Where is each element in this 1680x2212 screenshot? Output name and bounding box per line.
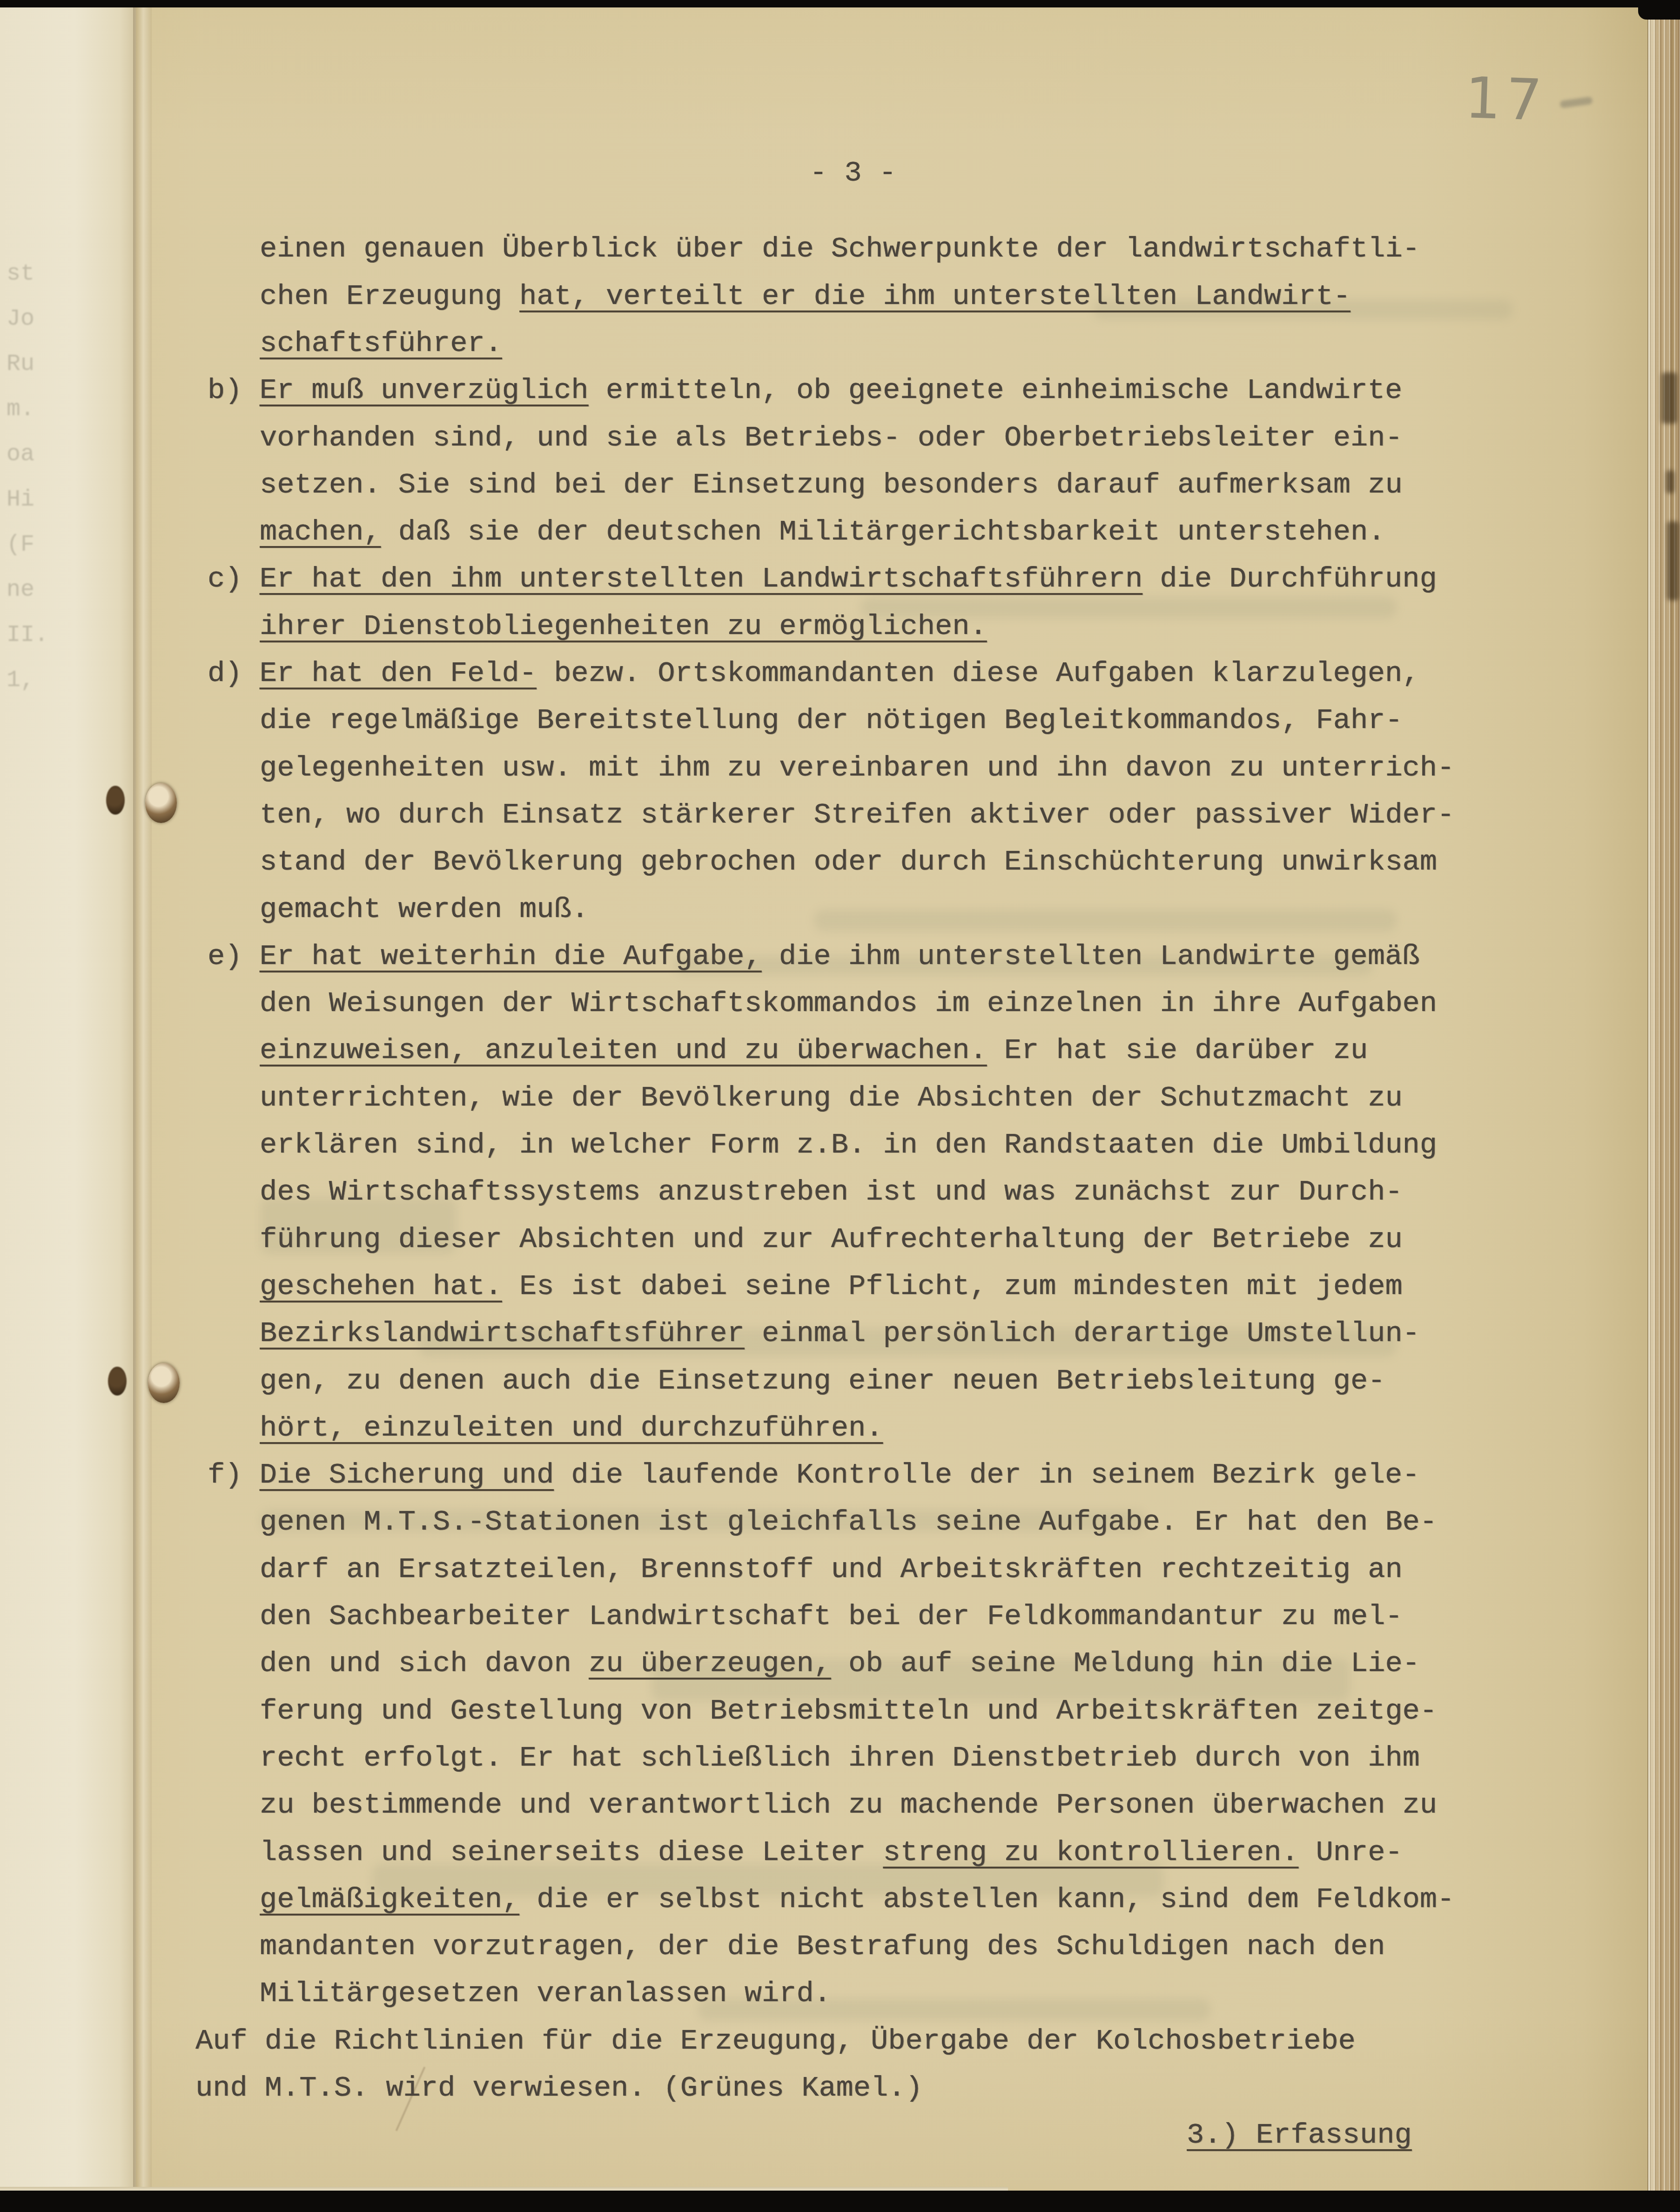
bleedthrough-mark: oa: [7, 441, 34, 468]
typewritten-line: setzen. Sie sind bei der Einsetzung beso…: [260, 469, 1403, 501]
typewritten-line: gelegenheiten usw. mit ihm zu vereinbare…: [260, 752, 1454, 784]
bleedthrough-mark: II.: [7, 622, 48, 648]
typewritten-text: f): [208, 1458, 260, 1491]
punch-hole: [148, 1363, 180, 1403]
typewritten-text: setzen. Sie sind bei der Einsetzung beso…: [260, 468, 1403, 501]
typewritten-line: recht erfolgt. Er hat schließlich ihren …: [260, 1742, 1420, 1774]
typewritten-text: ferung und Gestellung von Betriebsmittel…: [260, 1694, 1437, 1727]
edge-ink-mark: [1661, 372, 1677, 424]
typewritten-line: die regelmäßige Bereitstellung der nötig…: [260, 704, 1403, 737]
bleedthrough-mark: Hi: [7, 486, 34, 513]
typewritten-text: schaftsführer.: [260, 327, 502, 360]
typewritten-line: chen Erzeugung hat, verteilt er die ihm …: [260, 280, 1351, 313]
typewritten-text: ob auf seine Meldung hin die Lie-: [831, 1647, 1420, 1680]
typewritten-text: 3.) Erfassung: [1187, 2118, 1412, 2151]
typewritten-text: e): [208, 940, 260, 973]
typewritten-text: geschehen hat.: [260, 1270, 502, 1303]
bleedthrough-smudge: [814, 910, 1396, 931]
typewritten-text: c): [208, 562, 260, 595]
typewritten-text: d): [208, 657, 260, 690]
typewritten-line: den und sich davon zu überzeugen, ob auf…: [260, 1647, 1420, 1680]
typewritten-line: gemacht werden muß.: [260, 893, 589, 926]
typewritten-line: geschehen hat. Es ist dabei seine Pflich…: [260, 1270, 1403, 1303]
typewritten-text: b): [208, 374, 260, 407]
typewritten-line: führung dieser Absichten und zur Aufrech…: [260, 1223, 1403, 1256]
typewritten-text: ihrer Dienstobliegenheiten zu ermögliche…: [260, 610, 987, 643]
typewritten-text: einmal persönlich derartige Umstellun-: [745, 1317, 1420, 1350]
typewritten-text: daß sie der deutschen Militärgerichtsbar…: [381, 515, 1385, 548]
bleedthrough-mark: m.: [7, 396, 34, 423]
typewritten-text: die er selbst nicht abstellen kann, sind…: [519, 1883, 1454, 1916]
typewritten-text: bezw. Ortskommandanten diese Aufgaben kl…: [537, 657, 1420, 690]
punch-hole: [108, 1367, 127, 1396]
typewritten-line: des Wirtschaftssystems anzustreben ist u…: [260, 1176, 1403, 1208]
typewritten-text: und M.T.S. wird verwiesen. (Grünes Kamel…: [195, 2071, 923, 2104]
typewritten-text: den Weisungen der Wirtschaftskommandos i…: [260, 987, 1437, 1020]
typewritten-line: den Weisungen der Wirtschaftskommandos i…: [260, 987, 1437, 1020]
typewritten-text: gelmäßigkeiten,: [260, 1883, 519, 1916]
typewritten-text: vorhanden sind, und sie als Betriebs- od…: [260, 421, 1403, 454]
typewritten-line: Militärgesetzen veranlassen wird.: [260, 1977, 831, 2010]
typewritten-text: führung dieser Absichten und zur Aufrech…: [260, 1223, 1403, 1256]
typewritten-text: chen Erzeugung: [260, 280, 519, 313]
stacked-page-edges: [1648, 0, 1680, 2192]
typewritten-line: gen, zu denen auch die Einsetzung einer …: [260, 1365, 1385, 1397]
typewritten-text: mandanten vorzutragen, der die Bestrafun…: [260, 1930, 1385, 1963]
typewritten-text: die regelmäßige Bereitstellung der nötig…: [260, 704, 1403, 737]
bleedthrough-mark: (F: [7, 532, 34, 558]
typewritten-text: gemacht werden muß.: [260, 893, 589, 926]
scanned-page: - 3 - 17 einen genauen Überblick über di…: [0, 0, 1680, 2212]
typewritten-text: die Durchführung: [1142, 562, 1437, 595]
typewritten-text: den Sachbearbeiter Landwirtschaft bei de…: [260, 1600, 1403, 1633]
typewritten-line: vorhanden sind, und sie als Betriebs- od…: [260, 422, 1403, 454]
binding-crease: [133, 7, 152, 2192]
typewritten-text: gelegenheiten usw. mit ihm zu vereinbare…: [260, 751, 1454, 784]
scan-edge-top: [0, 0, 1680, 7]
typewritten-line: mandanten vorzutragen, der die Bestrafun…: [260, 1930, 1385, 1963]
typewritten-line: d) Er hat den Feld- bezw. Ortskommandant…: [208, 657, 1419, 690]
typewritten-text: stand der Bevölkerung gebrochen oder dur…: [260, 845, 1437, 878]
punch-hole: [145, 783, 177, 823]
typewritten-line: und M.T.S. wird verwiesen. (Grünes Kamel…: [195, 2072, 923, 2104]
bleedthrough-mark: Jo: [7, 306, 34, 332]
typewritten-text: zu bestimmende und verantwortlich zu mac…: [260, 1788, 1437, 1821]
typewritten-line: e) Er hat weiterhin die Aufgabe, die ihm…: [208, 940, 1419, 973]
bleedthrough-mark: Ru: [7, 351, 34, 378]
typewritten-text: gen, zu denen auch die Einsetzung einer …: [260, 1364, 1385, 1397]
typewritten-line: genen M.T.S.-Stationen ist gleichfalls s…: [260, 1506, 1437, 1538]
typewritten-line: den Sachbearbeiter Landwirtschaft bei de…: [260, 1600, 1403, 1633]
typewritten-line: einzuweisen, anzuleiten und zu überwache…: [260, 1034, 1368, 1067]
bleedthrough-mark: 1,: [7, 667, 34, 694]
typewritten-text: Er hat den Feld-: [260, 657, 537, 690]
typewritten-text: lassen und seinerseits diese Leiter: [260, 1836, 883, 1869]
typewritten-line: gelmäßigkeiten, die er selbst nicht abst…: [260, 1883, 1454, 1916]
typewritten-line: zu bestimmende und verantwortlich zu mac…: [260, 1789, 1437, 1821]
page-number-pencil: 17: [1464, 65, 1548, 134]
punch-hole: [106, 786, 125, 815]
typewritten-text: streng zu kontrollieren.: [883, 1836, 1298, 1869]
adjacent-page-sliver: [0, 7, 136, 2192]
typewritten-text: des Wirtschaftssystems anzustreben ist u…: [260, 1175, 1403, 1208]
typewritten-line: machen, daß sie der deutschen Militärger…: [260, 516, 1385, 548]
typewritten-text: die ihm unterstellten Landwirte gemäß: [762, 940, 1420, 973]
typewritten-text: recht erfolgt. Er hat schließlich ihren …: [260, 1741, 1420, 1774]
typewritten-line: darf an Ersatzteilen, Brennstoff und Arb…: [260, 1553, 1403, 1586]
typewritten-line: stand der Bevölkerung gebrochen oder dur…: [260, 846, 1437, 878]
typewritten-text: erklären sind, in welcher Form z.B. in d…: [260, 1128, 1437, 1161]
typewritten-text: einen genauen Überblick über die Schwerp…: [260, 232, 1420, 265]
scan-edge-corner: [1638, 0, 1680, 20]
typewritten-text: darf an Ersatzteilen, Brennstoff und Arb…: [260, 1553, 1403, 1586]
typewritten-text: einzuweisen, anzuleiten und zu überwache…: [260, 1034, 987, 1067]
typewritten-text: Unre-: [1298, 1836, 1402, 1869]
typewritten-text: Er hat weiterhin die Aufgabe,: [260, 940, 762, 973]
typewritten-line: Auf die Richtlinien für die Erzeugung, Ü…: [195, 2025, 1356, 2057]
typewritten-line: einen genauen Überblick über die Schwerp…: [260, 233, 1420, 265]
typewritten-text: machen,: [260, 515, 381, 548]
typewritten-text: Bezirkslandwirtschaftsführer: [260, 1317, 745, 1350]
typewritten-line: ihrer Dienstobliegenheiten zu ermögliche…: [260, 610, 987, 643]
typewritten-line: lassen und seinerseits diese Leiter stre…: [260, 1836, 1403, 1869]
scan-edge-bottom: [0, 2191, 1680, 2212]
typewritten-line: f) Die Sicherung und die laufende Kontro…: [208, 1459, 1419, 1491]
typewritten-line: ten, wo durch Einsatz stärkerer Streifen…: [260, 799, 1454, 831]
typewritten-text: Auf die Richtlinien für die Erzeugung, Ü…: [195, 2024, 1356, 2057]
typewritten-line: unterrichten, wie der Bevölkerung die Ab…: [260, 1082, 1403, 1114]
page-number-typed: - 3 -: [810, 156, 896, 189]
typewritten-text: Es ist dabei seine Pflicht, zum mindeste…: [502, 1270, 1403, 1303]
typewritten-text: ten, wo durch Einsatz stärkerer Streifen…: [260, 798, 1454, 831]
typewritten-line: c) Er hat den ihm unterstellten Landwirt…: [208, 563, 1437, 595]
typewritten-text: Er muß unverzüglich: [260, 374, 589, 407]
typewritten-text: Er hat den ihm unterstellten Landwirtsch…: [260, 562, 1143, 595]
typewritten-line: hört, einzuleiten und durchzuführen.: [260, 1412, 883, 1444]
typewritten-text: hört, einzuleiten und durchzuführen.: [260, 1411, 883, 1444]
typewritten-text: zu überzeugen,: [589, 1647, 831, 1680]
typewritten-text: ermitteln, ob geeignete einheimische Lan…: [589, 374, 1403, 407]
typewritten-line: erklären sind, in welcher Form z.B. in d…: [260, 1129, 1437, 1161]
typewritten-text: hat, verteilt er die ihm unterstellten L…: [519, 280, 1351, 313]
typewritten-line: ferung und Gestellung von Betriebsmittel…: [260, 1695, 1437, 1727]
edge-ink-mark: [1667, 521, 1679, 600]
typewritten-line: schaftsführer.: [260, 327, 502, 360]
bleedthrough-mark: ne: [7, 577, 34, 603]
typewritten-line: b) Er muß unverzüglich ermitteln, ob gee…: [208, 374, 1402, 407]
typewritten-text: Er hat sie darüber zu: [987, 1034, 1368, 1067]
typewritten-text: die laufende Kontrolle der in seinem Bez…: [554, 1458, 1419, 1491]
typewritten-line: Bezirkslandwirtschaftsführer einmal pers…: [260, 1317, 1420, 1350]
bleedthrough-mark: st: [7, 261, 34, 287]
typewritten-text: genen M.T.S.-Stationen ist gleichfalls s…: [260, 1505, 1437, 1538]
typewritten-text: Militärgesetzen veranlassen wird.: [260, 1977, 831, 2010]
typewritten-text: Die Sicherung und: [260, 1458, 554, 1491]
typewritten-text: unterrichten, wie der Bevölkerung die Ab…: [260, 1081, 1403, 1114]
edge-ink-mark: [1666, 470, 1674, 493]
typewritten-text: den und sich davon: [260, 1647, 589, 1680]
typewritten-line: 3.) Erfassung: [1187, 2119, 1412, 2151]
